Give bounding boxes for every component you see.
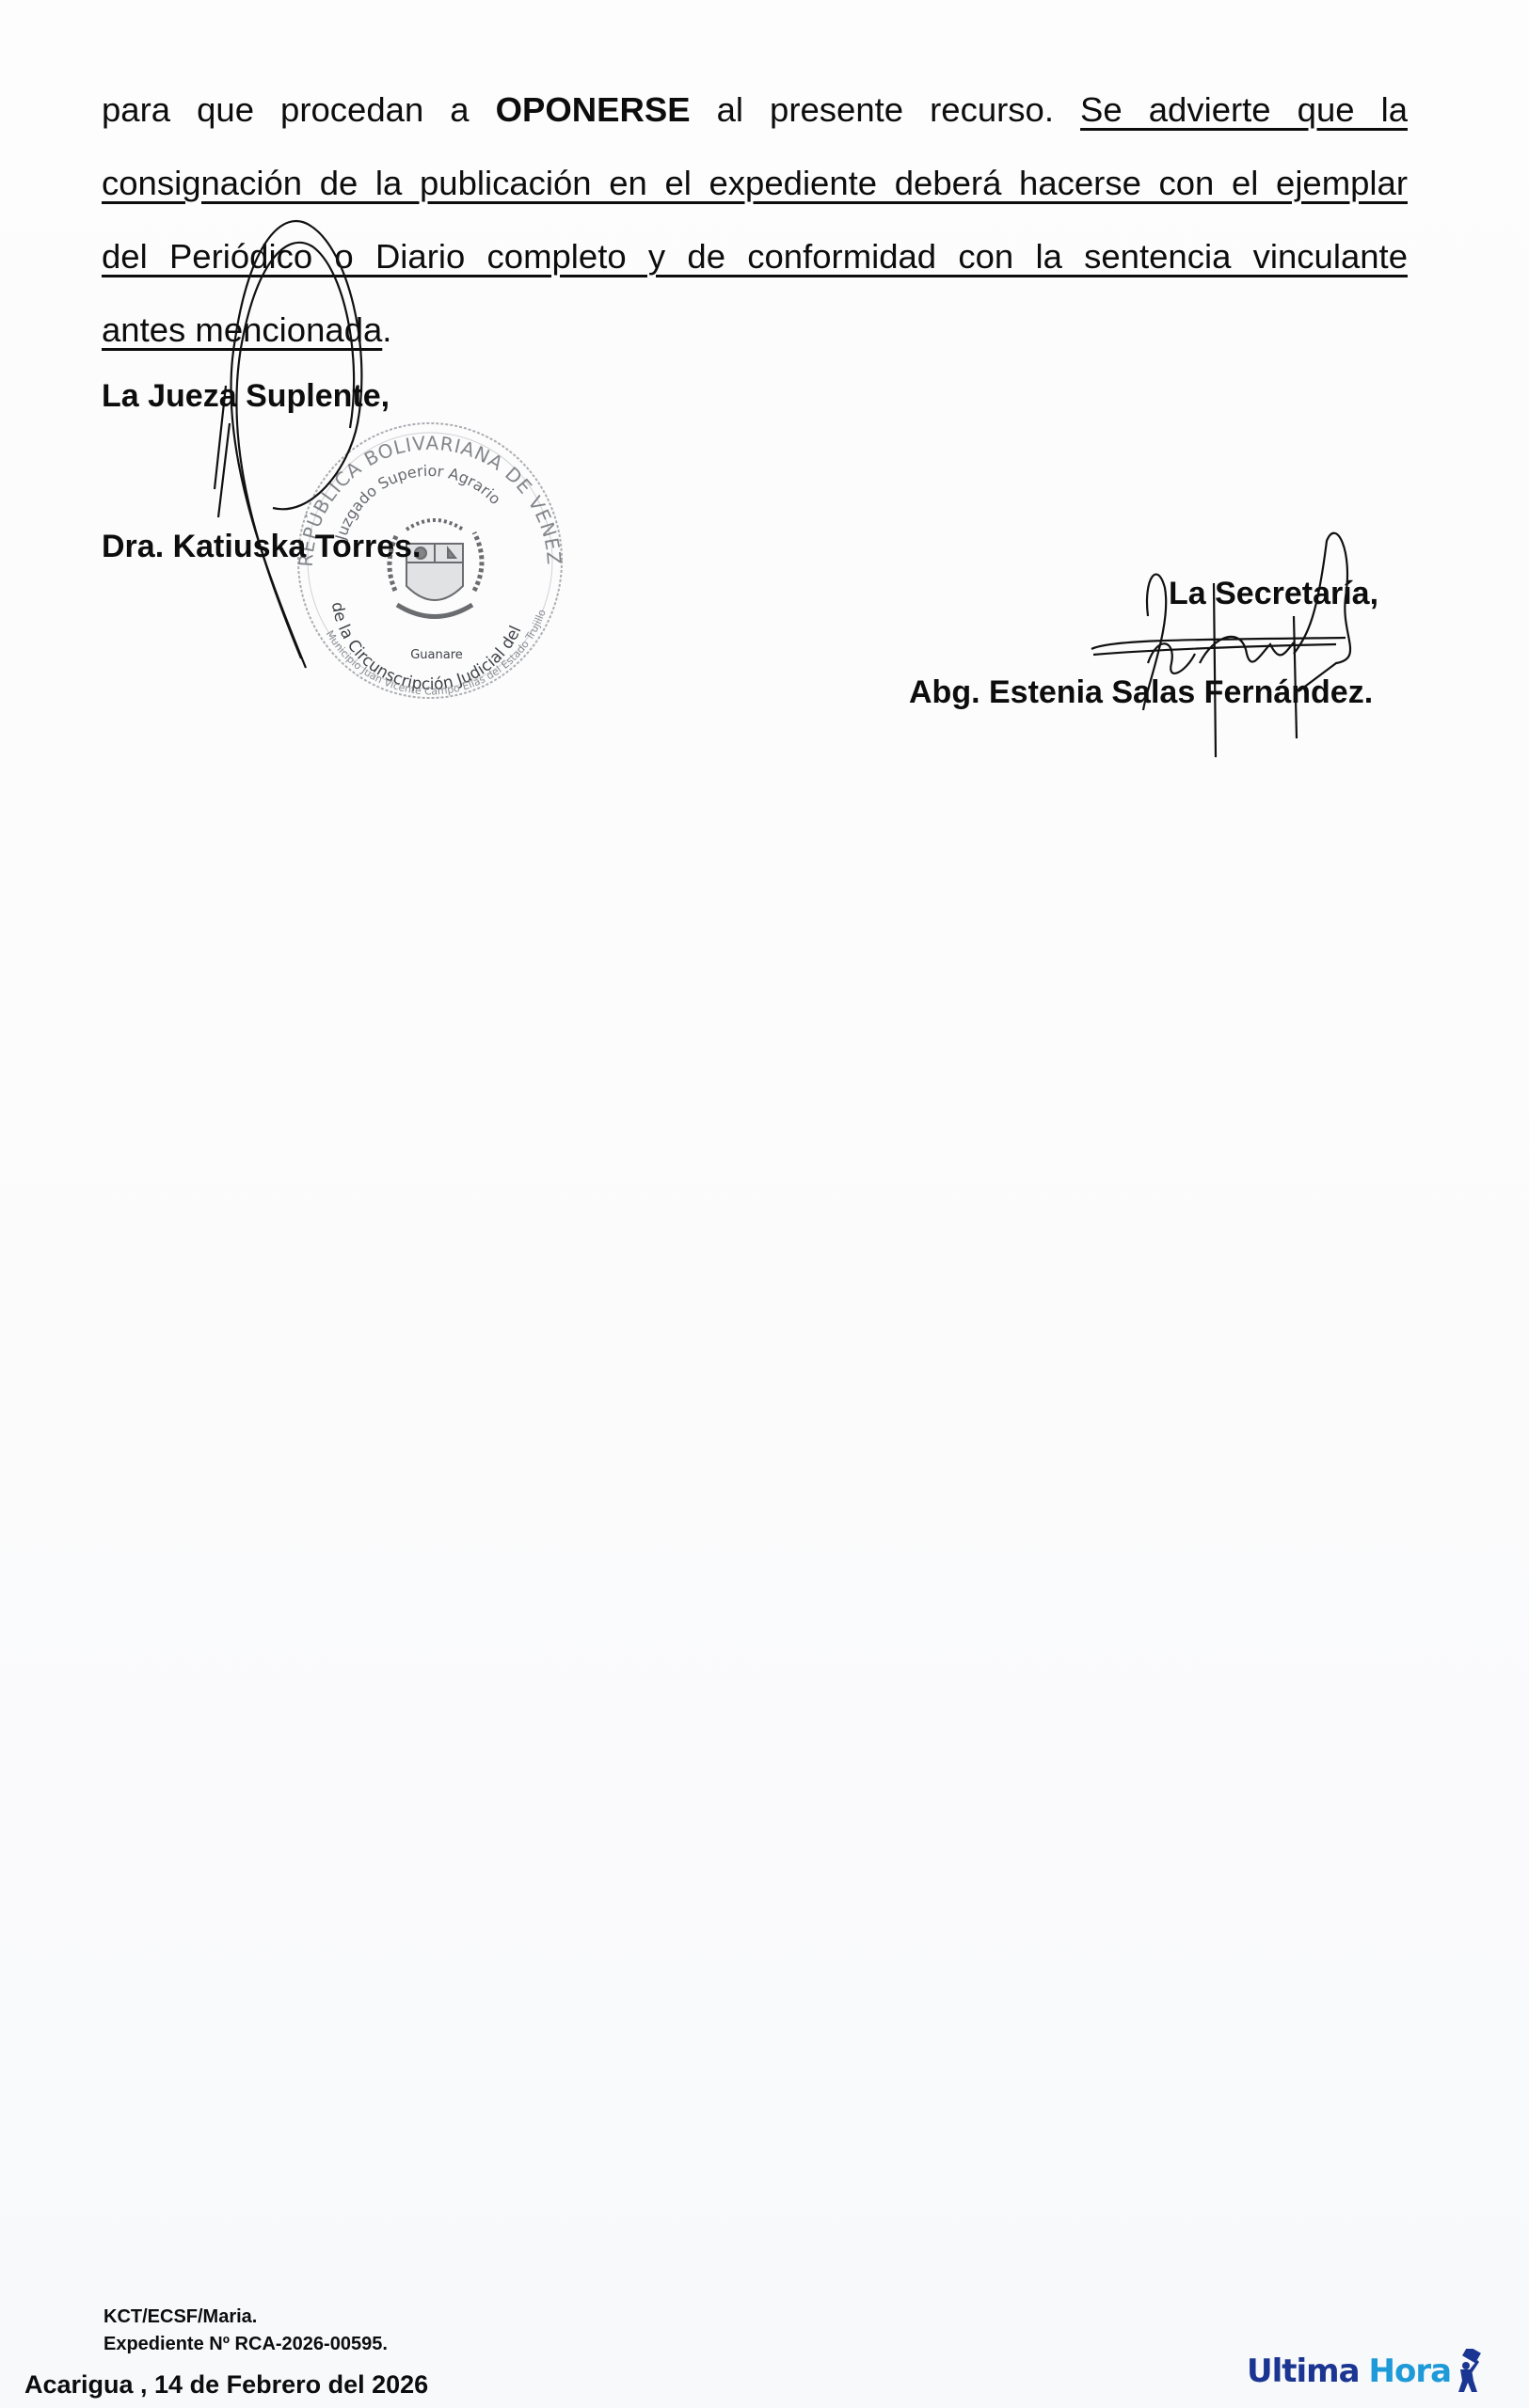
underlined-text: del Periódico o Diario completo y de con…	[102, 237, 1408, 276]
underlined-text: consignación de la publicación en el exp…	[102, 164, 1408, 202]
judge-title: La Jueza Suplente,	[102, 378, 390, 415]
ultima-hora-logo: Ultima Hora	[1247, 2348, 1485, 2395]
text-run: para que procedan a	[102, 90, 496, 129]
secretary-title: La Secretaría,	[1169, 576, 1378, 612]
newspaper-carrier-icon	[1453, 2349, 1485, 2394]
bold-text: OPONERSE	[496, 90, 691, 129]
text-run: .	[382, 310, 391, 349]
logo-word-hora: Hora	[1369, 2353, 1452, 2390]
paragraph-line: consignación de la publicación en el exp…	[102, 147, 1408, 220]
paragraph-line: del Periódico o Diario completo y de con…	[102, 220, 1408, 293]
text-run: al presente recurso.	[691, 90, 1081, 129]
paragraph-line: para que procedan a OPONERSE al presente…	[102, 73, 1408, 147]
stamp-city: Guanare	[410, 648, 463, 662]
footer-initials: KCT/ECSF/Maria.	[104, 2306, 257, 2328]
underlined-text: Se advierte que la	[1080, 90, 1408, 129]
secretary-name: Abg. Estenia Salas Fernández.	[909, 674, 1373, 711]
secretary-signature	[1054, 522, 1393, 767]
body-paragraph: para que procedan a OPONERSE al presente…	[102, 73, 1408, 367]
footer-case-number: Expediente Nº RCA-2026-00595.	[104, 2334, 388, 2355]
paragraph-line: antes mencionada.	[102, 293, 1408, 367]
footer-place-date: Acarigua , 14 de Febrero del 2026	[24, 2370, 428, 2400]
underlined-text: antes mencionada	[102, 310, 382, 349]
logo-word-ultima: Ultima	[1247, 2353, 1360, 2390]
judge-name: Dra. Katiuska Torres.	[102, 529, 422, 565]
document-page: para que procedan a OPONERSE al presente…	[0, 0, 1529, 2408]
